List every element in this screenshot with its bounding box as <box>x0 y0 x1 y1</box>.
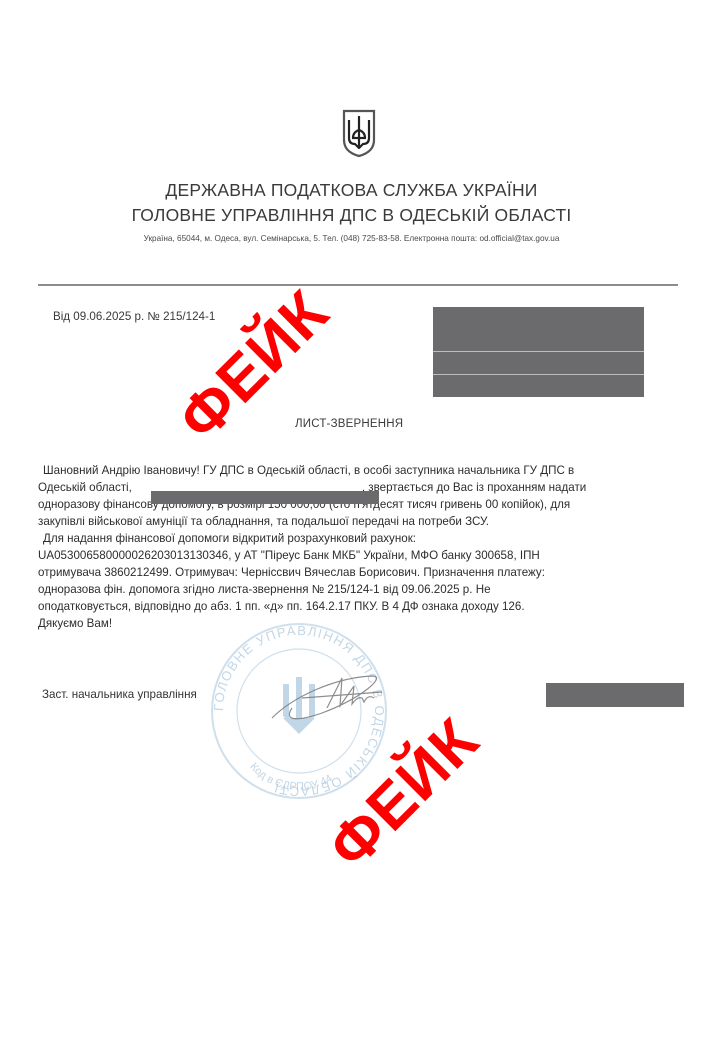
header-divider <box>38 284 678 286</box>
body-line: оподатковується, відповідно до абз. 1 пп… <box>38 598 688 615</box>
body-text-fragment: , звертається до Вас із проханням надати <box>362 481 586 494</box>
org-address: Україна, 65044, м. Одеса, вул. Семінарсь… <box>0 234 703 243</box>
org-department: ГОЛОВНЕ УПРАВЛІННЯ ДПС В ОДЕСЬКІЙ ОБЛАСТ… <box>0 205 703 226</box>
body-line: отримувача 3860212499. Отримувач: Черніс… <box>38 564 688 581</box>
org-name: ДЕРЖАВНА ПОДАТКОВА СЛУЖБА УКРАЇНИ <box>0 180 703 201</box>
body-line: UA053006580000026203013130346, у АТ "Пір… <box>38 547 688 564</box>
body-line: закупівлі військової амуніції та обладна… <box>38 513 688 530</box>
trident-coat-of-arms-icon <box>340 108 378 158</box>
body-line: одноразова фін. допомога згідно листа-зв… <box>38 581 688 598</box>
document-page: ДЕРЖАВНА ПОДАТКОВА СЛУЖБА УКРАЇНИ ГОЛОВН… <box>0 0 703 1061</box>
body-text-fragment: Одеській області, <box>38 481 132 494</box>
redacted-deputy-name <box>151 491 379 504</box>
redacted-signer-name <box>546 683 684 707</box>
body-line: Шановний Андрію Івановичу! ГУ ДПС в Одес… <box>38 462 688 479</box>
signer-title: Заст. начальника управління <box>42 688 197 701</box>
document-title: ЛИСТ-ЗВЕРНЕННЯ <box>295 418 403 430</box>
body-line: Для надання фінансової допомоги відкрити… <box>38 530 688 547</box>
redacted-recipient-address <box>433 307 644 397</box>
signature <box>262 668 392 728</box>
letter-body: Шановний Андрію Івановичу! ГУ ДПС в Одес… <box>38 462 688 632</box>
document-reference: Від 09.06.2025 р. № 215/124-1 <box>53 310 215 323</box>
